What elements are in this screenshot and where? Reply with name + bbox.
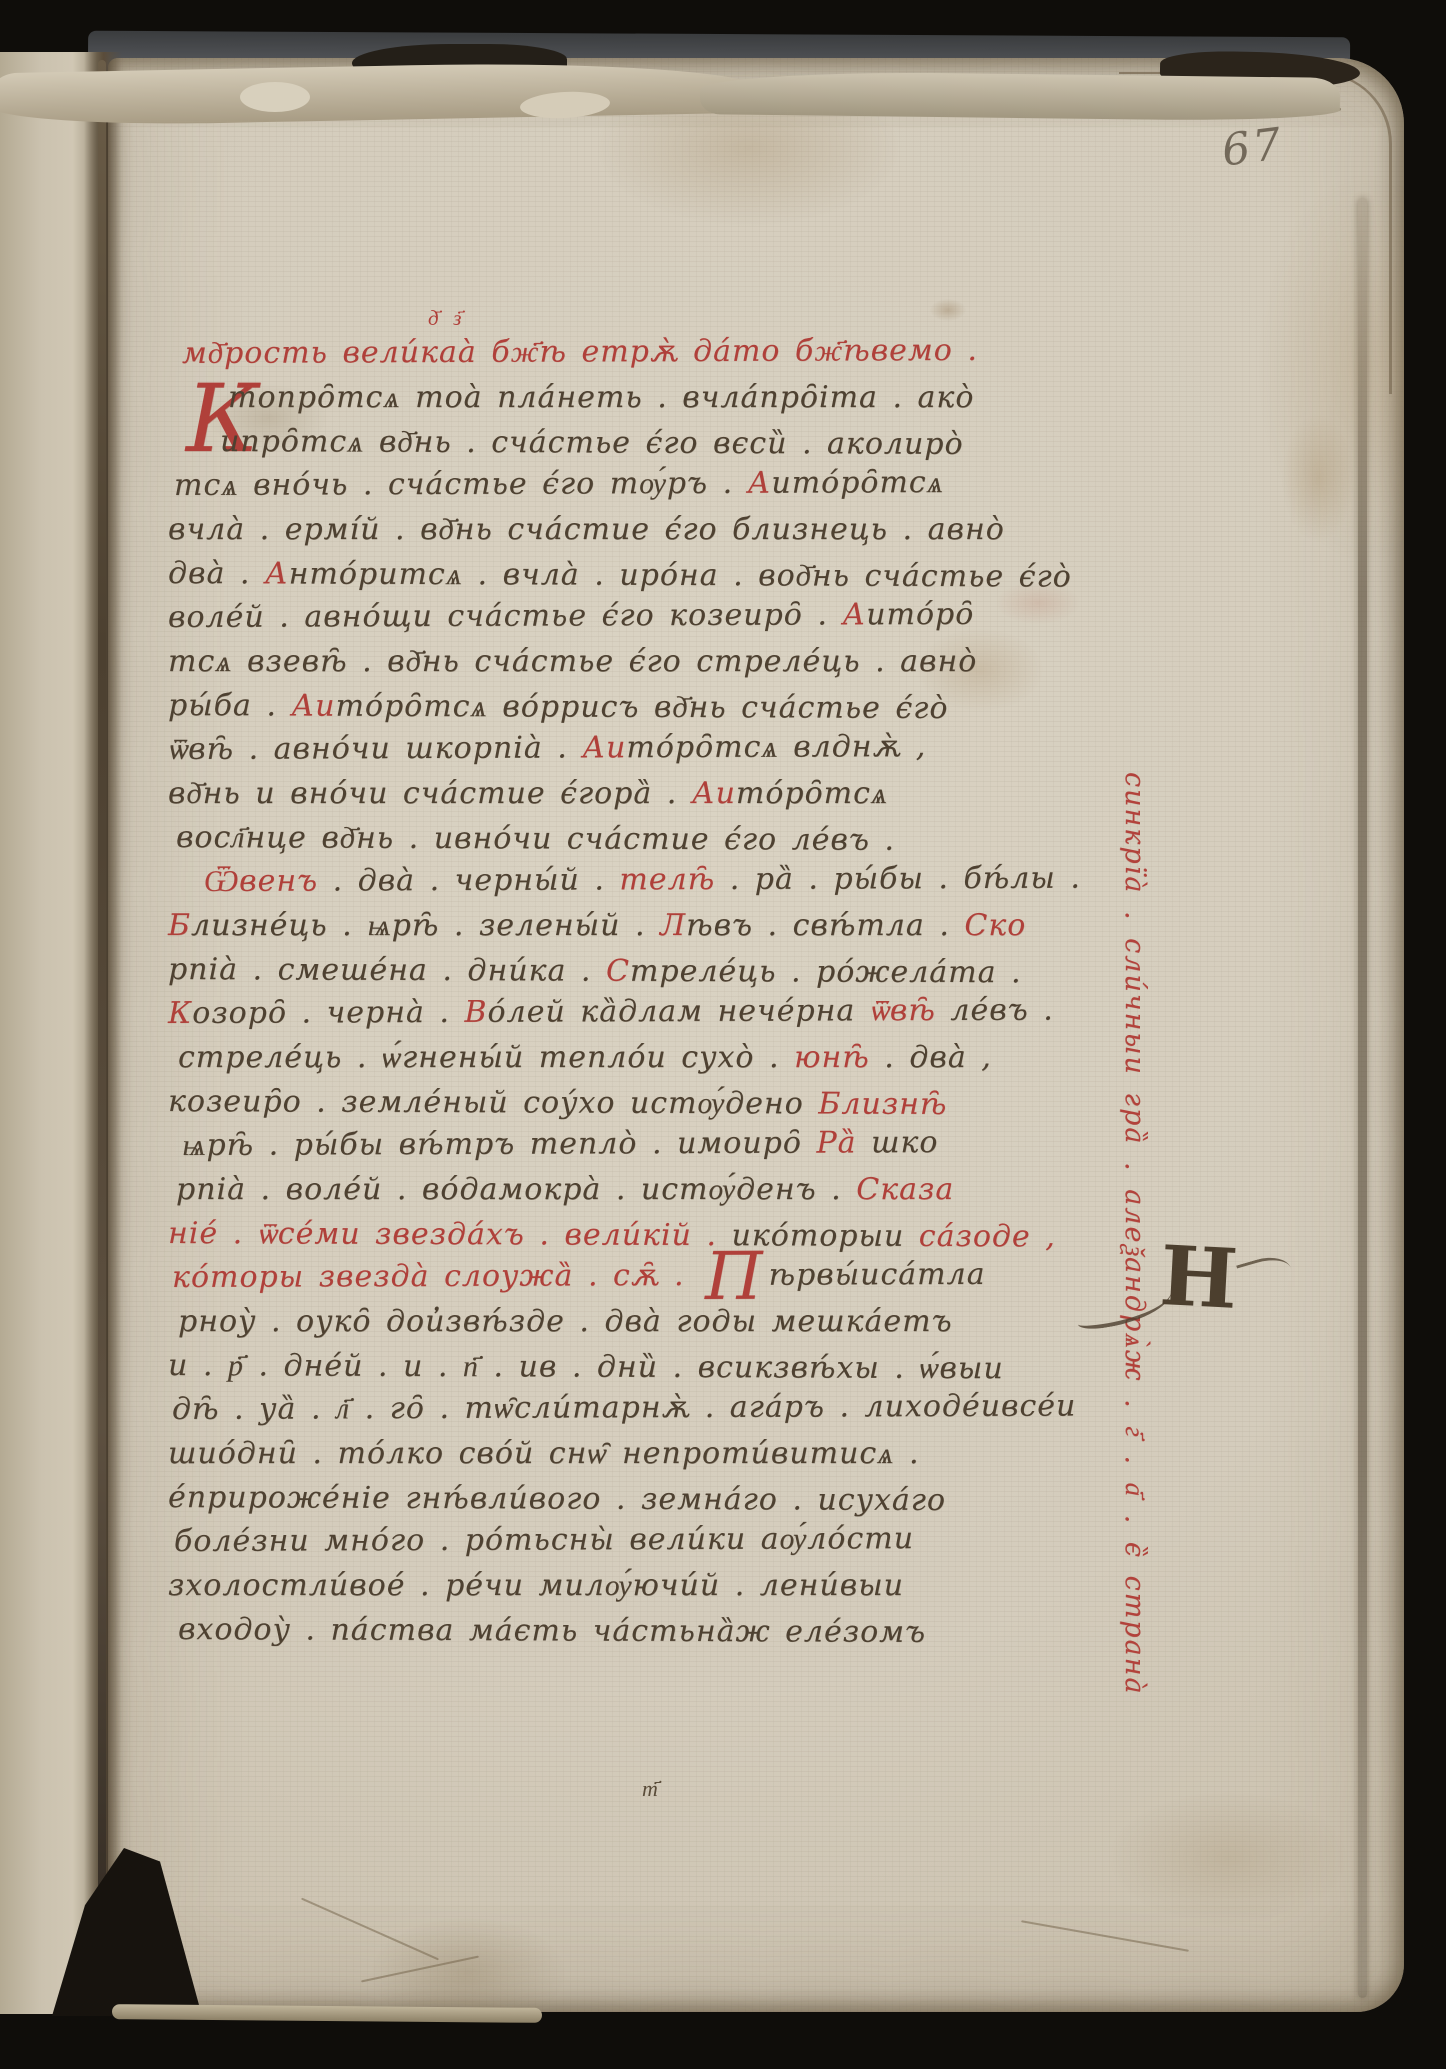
- rubric-text: ко́торы звезда̀ слоужа̏ . сѫ̑ .: [172, 1258, 699, 1295]
- ink-text: лизне́ць . ѩрѣ̑ . зелены́й .: [191, 908, 660, 943]
- ink-text: рпіа̀ . смеше́на . дни́ка .: [168, 952, 606, 989]
- text-line: тсѧ взевѣ̑ . вд҃нь сча́стье є́го стреле́…: [168, 644, 977, 679]
- text-line: козеир̑о . земле́ный соу́хо истѹ́дено Бл…: [168, 1084, 948, 1122]
- ink-text: . ра̏ . ры́бы . бѣ́лы .: [715, 861, 1081, 897]
- ink-text: то́ро̑тсѧ во́ррисъ вд҃нь сча́стье є́го̀: [335, 689, 948, 726]
- text-line: ко́торы звезда̀ слоужа̏ . сѫ̑ . Пѣрвы́ис…: [172, 1257, 986, 1295]
- rubric-text: А: [265, 556, 289, 591]
- ink-text: восл҃нце вд҃нь . ивно́чи сча́стие є́го л…: [176, 820, 895, 858]
- text-line: ѩрѣ̑ . ры́бы вѣ́тръ тепло̀ . имоиро̑ Ра̏…: [182, 1125, 939, 1163]
- ink-text: вчла̀ . ермі́й . вд҃нь сча́стие є́го бли…: [168, 512, 1005, 547]
- ink-text: ѩрѣ̑ . ры́бы вѣ́тръ тепло̀ . имоиро̑: [182, 1126, 817, 1163]
- ink-text: воле́й . авно́щи сча́стье є́го козеиро̑ …: [168, 597, 843, 635]
- ink-text: и . р҃ . дне́й . и . п҃ . ив . дни̏ . вс…: [168, 1348, 1004, 1386]
- ink-text: ѣрвы́иса́тла: [769, 1257, 986, 1293]
- rubric-text: ніе́ . ѿсе́ми звезда́хъ . вели́кій .: [168, 1216, 732, 1253]
- text-line: и . р҃ . дне́й . и . п҃ . ив . дни̏ . вс…: [168, 1348, 1004, 1386]
- text-line: рпіа̀ . смеше́на . дни́ка . Стреле́ць . …: [168, 952, 1022, 990]
- rubric-text: П: [705, 1262, 764, 1292]
- text-block: К мд҃рость вели́каа̀ бж҃ѣ етрѫ̀ да́то бж…: [168, 336, 1088, 1736]
- ink-text: вд҃нь и вно́чи сча́стие є́гора̏ .: [168, 776, 692, 811]
- rubric-text: мд҃рость вели́каа̀ бж҃ѣ етрѫ̀ да́то бж҃ѣ…: [182, 333, 978, 371]
- rubric-text: Ско: [964, 908, 1026, 943]
- manuscript-photo: 67 д҃ з҃ К мд҃рость вели́каа̀ бж҃ѣ етрѫ̀…: [0, 0, 1446, 2069]
- quire-mark: т҃: [642, 1776, 658, 1802]
- torn-edge-fragment: [240, 82, 310, 112]
- ink-text: нто́ритсѧ . вчла̀ . иро́на . вод҃нь сча́…: [289, 556, 1072, 594]
- fore-edge-stain: [1358, 198, 1367, 1998]
- text-line: шио́дни̑ . то́лко сво́й снѡ̑ непроти́вит…: [168, 1436, 920, 1471]
- ink-text: ры́ба .: [168, 688, 292, 723]
- torn-edge-paper: [700, 70, 1340, 122]
- rubric-text: телѣ̑: [619, 862, 715, 897]
- ink-text: ле́въ .: [936, 993, 1054, 1028]
- ink-text: . два̀ . черны́й .: [318, 862, 619, 898]
- margin-initial-H: Н: [1158, 1236, 1240, 1320]
- ink-text: ипро̑тсѧ вд҃нь . сча́стье є́го вєси̏ . а…: [220, 424, 964, 462]
- under-leaf-edge: [112, 2004, 542, 2023]
- text-line: рпіа̀ . воле́й . во́дамокра̀ . истѹ́денъ…: [176, 1172, 954, 1207]
- ink-text: то́ро̑тсѧ влднѫ̀ ,: [626, 729, 926, 765]
- text-line: топро̑тсѧ тоа̀ пла́неть . вчла́про̑іта .…: [228, 380, 974, 415]
- text-line: зхолостли́вое́ . ре́чи милѹ́ючи́й . лени…: [168, 1568, 904, 1603]
- rubric-text: С: [606, 954, 630, 989]
- rubric-text: са́зоде ,: [904, 1219, 1056, 1255]
- text-line: рноу̀ . оуко̑ дои̓звѣ́зде . два̀ годы ме…: [178, 1304, 953, 1339]
- text-line: входоу̀ . па́ства ма́єть ча́стьна̏ж еле́…: [178, 1612, 926, 1650]
- text-line: ипро̑тсѧ вд҃нь . сча́стье є́го вєси̏ . а…: [220, 424, 964, 462]
- ink-text: боле́зни мно́го . ро́тьсны̀ вели́ки аѹ́л…: [174, 1521, 914, 1559]
- text-line: Близне́ць . ѩрѣ̑ . зелены́й . Лѣвъ . свѣ…: [168, 908, 1026, 943]
- ink-text: шко: [856, 1125, 938, 1160]
- ink-text: рноу̀ . оуко̑ дои̓звѣ́зде . два̀ годы ме…: [178, 1304, 953, 1339]
- ink-text: треле́ць . ро́жела́та .: [630, 954, 1022, 991]
- folio-number: 67: [1219, 118, 1287, 176]
- rubric-text: Близнѣ̑: [818, 1086, 947, 1121]
- text-line: Ѿвенъ . два̀ . черны́й . телѣ̑ . ра̏ . р…: [204, 861, 1081, 899]
- ink-text: тсѧ вно́чь . сча́стье є́го тѹ́ръ .: [174, 466, 748, 503]
- text-line: тсѧ вно́чь . сча́стье є́го тѹ́ръ . Аито́…: [174, 465, 944, 503]
- text-line: два̀ . Анто́ритсѧ . вчла̀ . иро́на . вод…: [168, 556, 1072, 594]
- rubric-text: Л: [660, 908, 686, 943]
- rubric-text: А: [748, 466, 772, 501]
- ink-text: то́ро̑тсѧ: [736, 776, 888, 811]
- ink-text: ито́ро̑тсѧ: [771, 465, 944, 501]
- rubric-text: В: [464, 995, 487, 1030]
- ink-text: входоу̀ . па́ства ма́єть ча́стьна̏ж еле́…: [178, 1612, 926, 1650]
- rubric-text: Ѿвенъ: [204, 864, 318, 899]
- margin-note-vertical: синкрїа̀ . сли́чныи гра̏ . алеѯандрѧ̀ж .…: [1119, 772, 1150, 1652]
- rubric-text: Аи: [692, 776, 736, 811]
- ink-text: е́прироже́ніе гнѣ́вли́вого . земна́го . …: [168, 1480, 946, 1518]
- ink-text: ѣвъ . свѣ́тла .: [686, 908, 964, 943]
- text-line: Козоро̑ . черна̀ . Во́лей ка̏длам нече́р…: [168, 993, 1054, 1031]
- rubric-text: Сказа: [856, 1172, 954, 1207]
- text-line: восл҃нце вд҃нь . ивно́чи сча́стие є́го л…: [176, 820, 895, 858]
- text-line: мд҃рость вели́каа̀ бж҃ѣ етрѫ̀ да́то бж҃ѣ…: [182, 333, 978, 371]
- ink-text: шио́дни̑ . то́лко сво́й снѡ̑ непроти́вит…: [168, 1436, 920, 1471]
- gutter-crease-core: [98, 60, 106, 2010]
- rubric-text: Ра̏: [816, 1125, 856, 1160]
- rubric-text: А: [842, 597, 866, 632]
- ink-text: о́лей ка̏длам нече́рна: [487, 993, 869, 1029]
- rubric-text: ѿвѣ̑: [870, 993, 936, 1028]
- ink-text: дѣ̑ . уа̏ . л҃ . го̑ . тѡ̑сли́тарнѫ̀ . а…: [172, 1389, 1076, 1427]
- text-line: ѿвѣ̑ . авно́чи шкорпіа̀ . Аито́ро̑тсѧ вл…: [168, 729, 926, 767]
- ink-text: тсѧ взевѣ̑ . вд҃нь сча́стье є́го стреле́…: [168, 644, 977, 679]
- ink-text: рпіа̀ . воле́й . во́дамокра̀ . истѹ́денъ…: [176, 1172, 856, 1207]
- text-line: е́прироже́ніе гнѣ́вли́вого . земна́го . …: [168, 1480, 946, 1518]
- text-line: дѣ̑ . уа̏ . л҃ . го̑ . тѡ̑сли́тарнѫ̀ . а…: [172, 1389, 1076, 1427]
- text-line: стреле́ць . ѡ́гнены́й тепло́и сухо̀ . юн…: [178, 1040, 992, 1075]
- ink-text: ѿвѣ̑ . авно́чи шкорпіа̀ .: [168, 730, 582, 767]
- text-line: ніе́ . ѿсе́ми звезда́хъ . вели́кій . ико…: [168, 1216, 1056, 1254]
- rubric-text: Б: [168, 908, 191, 943]
- ink-text: . два̀ ,: [870, 1040, 992, 1075]
- ink-text: озоро̑ . черна̀ .: [192, 995, 464, 1031]
- ink-text: ито́ро̑: [866, 597, 974, 632]
- header-superscript: д҃ з҃: [428, 306, 466, 331]
- ink-text: топро̑тсѧ тоа̀ пла́неть . вчла́про̑іта .…: [228, 380, 974, 415]
- ink-text: зхолостли́вое́ . ре́чи милѹ́ючи́й . лени…: [168, 1568, 904, 1603]
- corner-edge-line: [1119, 72, 1392, 394]
- ink-text: стреле́ць . ѡ́гнены́й тепло́и сухо̀ .: [178, 1040, 794, 1075]
- ink-text: два̀ .: [168, 556, 265, 591]
- text-line: вчла̀ . ермі́й . вд҃нь сча́стие є́го бли…: [168, 512, 1005, 547]
- text-line: вд҃нь и вно́чи сча́стие є́гора̏ . Аито́р…: [168, 776, 888, 811]
- rubric-text: К: [168, 996, 192, 1031]
- rubric-text: Аи: [582, 730, 626, 765]
- rubric-text: Аи: [291, 688, 335, 723]
- text-line: боле́зни мно́го . ро́тьсны̀ вели́ки аѹ́л…: [174, 1521, 914, 1559]
- rubric-text: юнѣ̑: [794, 1040, 870, 1075]
- ink-text: козеир̑о . земле́ный соу́хо истѹ́дено: [168, 1084, 818, 1121]
- text-line: ры́ба . Аито́ро̑тсѧ во́ррисъ вд҃нь сча́с…: [168, 688, 949, 726]
- text-line: воле́й . авно́щи сча́стье є́го козеиро̑ …: [168, 597, 974, 635]
